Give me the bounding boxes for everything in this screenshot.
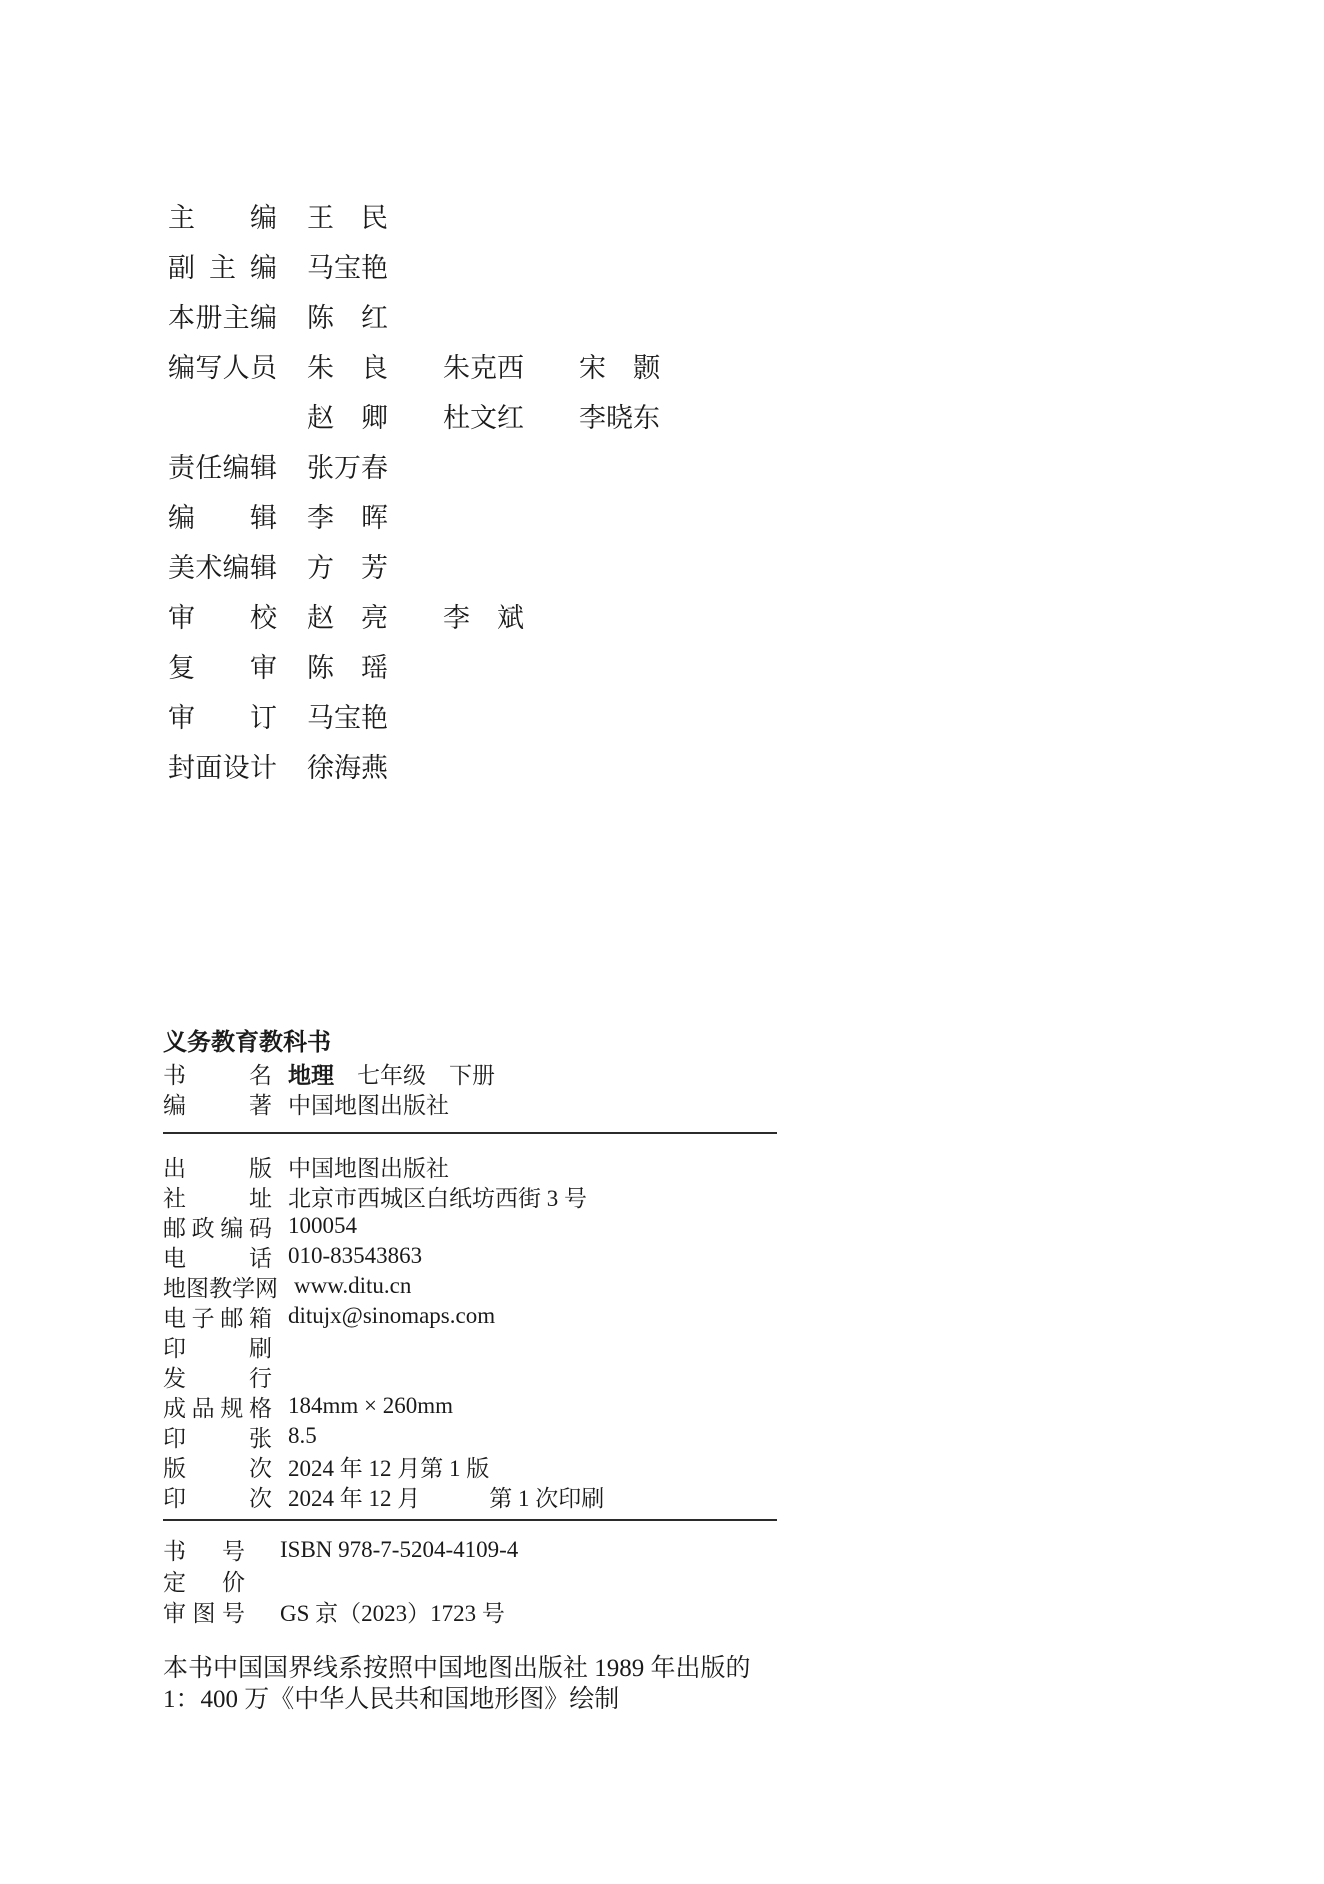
credit-person-name: 杜文红 — [443, 396, 527, 435]
field-label: 发行 — [163, 1360, 272, 1393]
credit-person-name — [443, 546, 527, 585]
field-value: www.ditu.cn — [294, 1273, 411, 1299]
credit-person-name: 李晓东 — [579, 396, 663, 435]
field-value: 010-83543863 — [288, 1243, 422, 1269]
credit-person-name: 方 芳 — [307, 546, 391, 585]
credit-person-name: 陈 瑶 — [307, 646, 391, 685]
credit-person-name — [579, 596, 663, 635]
credit-person-name — [443, 646, 527, 685]
credit-person-name: 李 晖 — [307, 496, 391, 535]
credit-person-name: 赵 亮 — [307, 596, 391, 635]
credit-person-name: 王 民 — [307, 196, 391, 235]
credit-person-name — [579, 446, 663, 485]
credit-person-name: 李 斌 — [443, 596, 527, 635]
field-label: 印刷 — [163, 1330, 272, 1363]
credit-person-name — [579, 246, 663, 285]
copyright-page: 主编 王 民 副主编 马宝艳 本册主编 陈 红 编写人员 朱 良朱克西宋 颢 赵… — [0, 0, 1324, 1884]
publisher-row: 出版 中国地图出版社 — [163, 1151, 777, 1181]
field-label: 地图教学网 — [163, 1270, 278, 1303]
credit-row-writers-2: 赵 卿杜文红李晓东 — [168, 390, 715, 440]
field-label: 成品规格 — [163, 1390, 272, 1423]
credit-role-label: 审订 — [168, 696, 277, 735]
map-approval-row: 审图号 GS 京（2023）1723 号 — [163, 1596, 777, 1627]
email-row: 电子邮箱 ditujx@sinomaps.com — [163, 1301, 777, 1331]
credit-row-cover-design: 封面设计 徐海燕 — [168, 740, 715, 790]
book-author-label: 编著 — [163, 1087, 272, 1120]
field-label: 印张 — [163, 1420, 272, 1453]
credit-person-name: 赵 卿 — [307, 396, 391, 435]
format-row: 成品规格 184mm × 260mm — [163, 1391, 777, 1421]
credit-role-label: 编写人员 — [168, 346, 277, 385]
isbn-row: 书号 ISBN 978-7-5204-4109-4 — [163, 1534, 777, 1565]
credit-row-responsible-editor: 责任编辑 张万春 — [168, 440, 715, 490]
colophon-block: 义务教育教科书 书名 地理 七年级 下册 编著 中国地图出版社 出版 中国地图出… — [163, 1028, 777, 1715]
credit-row-editor: 编辑 李 晖 — [168, 490, 715, 540]
credit-person-name — [579, 496, 663, 535]
credit-person-name — [443, 496, 527, 535]
book-title-value: 地理 — [288, 1063, 334, 1088]
website-row: 地图教学网 www.ditu.cn — [163, 1271, 777, 1301]
boundary-note-line: 1：400 万《中华人民共和国地形图》绘制 — [163, 1684, 777, 1715]
credit-role-label: 封面设计 — [168, 746, 277, 785]
credit-person-name: 马宝艳 — [307, 246, 391, 285]
field-value: 北京市西城区白纸坊西街 3 号 — [288, 1180, 587, 1213]
credit-person-name — [443, 246, 527, 285]
credit-person-name — [579, 696, 663, 735]
credit-person-name — [579, 746, 663, 785]
credit-row-chief-editor: 主编 王 民 — [168, 190, 715, 240]
credit-row-reviewer: 复审 陈 瑶 — [168, 640, 715, 690]
isbn-rows: 书号 ISBN 978-7-5204-4109-4 定价 审图号 GS 京（20… — [163, 1534, 777, 1627]
credit-person-name — [443, 296, 527, 335]
credit-person-name — [443, 446, 527, 485]
field-label: 电子邮箱 — [163, 1300, 272, 1333]
postcode-row: 邮政编码 100054 — [163, 1211, 777, 1241]
boundary-note: 本书中国国界线系按照中国地图出版社 1989 年出版的 1：400 万《中华人民… — [163, 1653, 777, 1715]
series-title: 义务教育教科书 — [163, 1028, 777, 1058]
publication-rows: 出版 中国地图出版社 社址 北京市西城区白纸坊西街 3 号 邮政编码 10005… — [163, 1151, 777, 1511]
distributor-row: 发行 — [163, 1361, 777, 1391]
credit-row-art-editor: 美术编辑 方 芳 — [168, 540, 715, 590]
credit-person-name — [579, 546, 663, 585]
credit-person-name: 朱克西 — [443, 346, 527, 385]
credit-role-label: 编辑 — [168, 496, 277, 535]
credit-person-name — [443, 696, 527, 735]
printing-row: 印次 2024 年 12 月 第 1 次印刷 — [163, 1481, 777, 1511]
credit-role-label: 审校 — [168, 596, 277, 635]
credit-row-final-reviewer: 审订 马宝艳 — [168, 690, 715, 740]
credit-person-name: 徐海燕 — [307, 746, 391, 785]
credit-row-writers-1: 编写人员 朱 良朱克西宋 颢 — [168, 340, 715, 390]
field-value: 中国地图出版社 — [288, 1150, 449, 1183]
credit-person-name: 马宝艳 — [307, 696, 391, 735]
book-author-row: 编著 中国地图出版社 — [163, 1088, 777, 1118]
credit-role-label: 副主编 — [168, 246, 277, 285]
book-title-label: 书名 — [163, 1057, 272, 1090]
credit-person-name — [443, 746, 527, 785]
credit-person-name — [579, 296, 663, 335]
credit-row-volume-editor: 本册主编 陈 红 — [168, 290, 715, 340]
field-label: 邮政编码 — [163, 1210, 272, 1243]
sheets-row: 印张 8.5 — [163, 1421, 777, 1451]
field-value: ditujx@sinomaps.com — [288, 1303, 495, 1329]
field-label: 定价 — [163, 1564, 245, 1597]
field-value: 8.5 — [288, 1423, 317, 1449]
credit-person-name — [579, 196, 663, 235]
field-label: 书号 — [163, 1533, 245, 1566]
credit-role-label: 美术编辑 — [168, 546, 277, 585]
credit-role-label: 责任编辑 — [168, 446, 277, 485]
credit-row-deputy-chief-editor: 副主编 马宝艳 — [168, 240, 715, 290]
book-author-value: 中国地图出版社 — [288, 1087, 449, 1120]
field-label: 出版 — [163, 1150, 272, 1183]
divider-rule-middle — [163, 1519, 777, 1521]
field-label: 审图号 — [163, 1595, 245, 1628]
field-value: 100054 — [288, 1213, 357, 1239]
credit-person-name — [443, 196, 527, 235]
book-title-row: 书名 地理 七年级 下册 — [163, 1058, 777, 1088]
credit-person-name: 张万春 — [307, 446, 391, 485]
credit-role-label: 本册主编 — [168, 296, 277, 335]
edition-row: 版次 2024 年 12 月第 1 版 — [163, 1451, 777, 1481]
field-value: 2024 年 12 月 第 1 次印刷 — [288, 1480, 604, 1513]
credit-role-label: 复审 — [168, 646, 277, 685]
boundary-note-line: 本书中国国界线系按照中国地图出版社 1989 年出版的 — [163, 1653, 777, 1684]
credit-role-label: 主编 — [168, 196, 277, 235]
credit-person-name: 陈 红 — [307, 296, 391, 335]
price-row: 定价 — [163, 1565, 777, 1596]
field-label: 印次 — [163, 1480, 272, 1513]
address-row: 社址 北京市西城区白纸坊西街 3 号 — [163, 1181, 777, 1211]
credit-row-proofreaders: 审校 赵 亮李 斌 — [168, 590, 715, 640]
divider-rule-top — [163, 1132, 777, 1134]
map-approval-value: GS 京（2023）1723 号 — [280, 1595, 505, 1628]
credit-person-name: 朱 良 — [307, 346, 391, 385]
book-grade-volume: 七年级 下册 — [334, 1063, 495, 1088]
phone-row: 电话 010-83543863 — [163, 1241, 777, 1271]
field-value: 184mm × 260mm — [288, 1393, 453, 1419]
field-value: 2024 年 12 月第 1 版 — [288, 1450, 489, 1483]
field-label: 版次 — [163, 1450, 272, 1483]
printer-row: 印刷 — [163, 1331, 777, 1361]
credit-person-name: 宋 颢 — [579, 346, 663, 385]
credit-person-name — [579, 646, 663, 685]
isbn-value: ISBN 978-7-5204-4109-4 — [280, 1537, 518, 1563]
field-label: 电话 — [163, 1240, 272, 1273]
field-label: 社址 — [163, 1180, 272, 1213]
editorial-credits-block: 主编 王 民 副主编 马宝艳 本册主编 陈 红 编写人员 朱 良朱克西宋 颢 赵… — [168, 190, 715, 790]
